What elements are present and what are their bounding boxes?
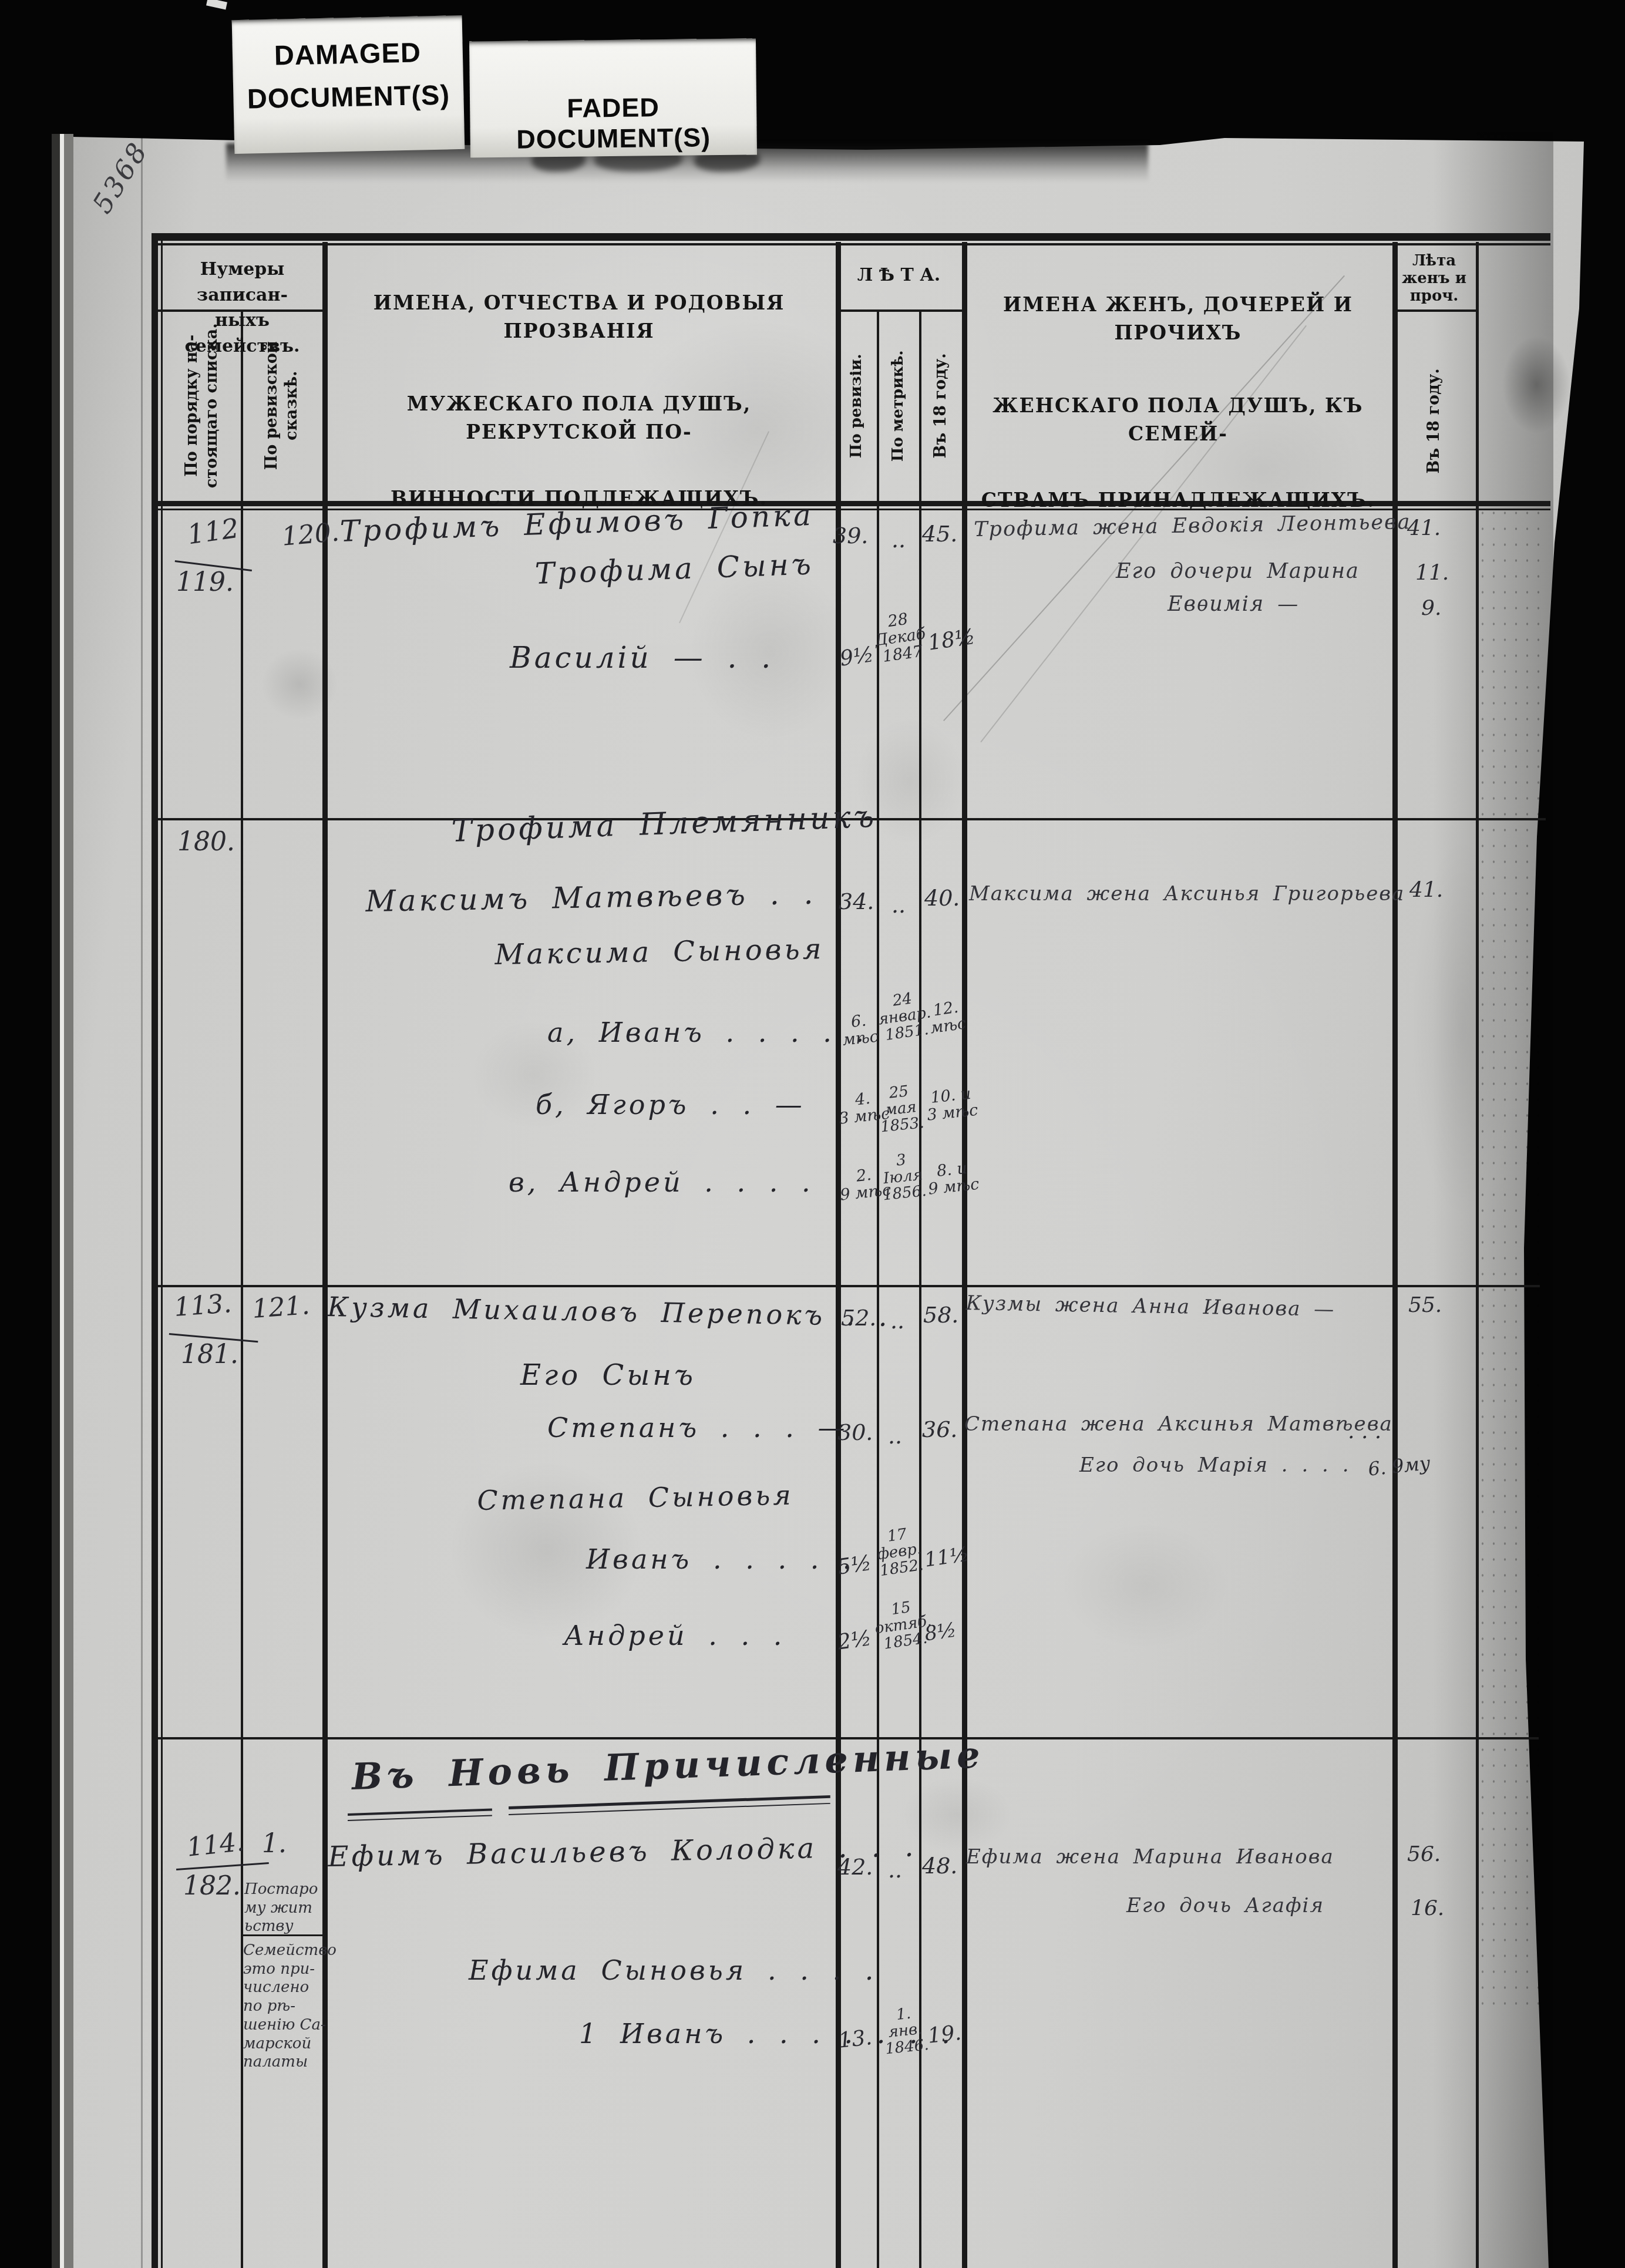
header-line: По ревизской [262, 342, 282, 470]
header-line: женъ и [1392, 270, 1476, 288]
row2-sons-label: Максима Сыновья [494, 935, 825, 969]
row2-male: Максимъ Матвѣевъ . . [365, 879, 816, 916]
row4-age-18: 48. [922, 1855, 957, 1877]
row3-grandson2-age-18: 8½ [923, 1620, 958, 1644]
row2-wife: Максима жена Аксинья Григорьева [969, 884, 1405, 904]
column-header-by-revision: По ревизіи. [836, 309, 877, 502]
binding-strip [64, 134, 73, 2268]
row3-wife: Кузмы жена Анна Иванова — [965, 1293, 1335, 1320]
row4-age-revision: 42. [837, 1856, 873, 1878]
row3-son-wife: Степана жена Аксинья Матвѣева [964, 1414, 1393, 1434]
grid-vline [919, 309, 921, 2268]
paper-stain [1028, 1498, 1263, 1674]
scanned-revision-list-page: Нумеры записан- ныхъ семействъ. По поряд… [0, 0, 1625, 2268]
faded-label-line: FADED DOCUMENT(S) [470, 91, 757, 155]
row1-num-revision: 120. [281, 519, 340, 550]
row2-son-v: в, Андрей . . . . [509, 1169, 813, 1196]
row1-age-metric-dots: .. [891, 529, 906, 551]
row4-age-metric-dots: .. [888, 1859, 902, 1881]
grid-vline [877, 309, 879, 2268]
row3-grandson1: Иванъ . . . . . [586, 1546, 854, 1573]
header-line: Нумеры записан- [162, 257, 322, 308]
header-line: сказкѣ. [282, 342, 302, 470]
grid-hline [152, 243, 1550, 245]
row2-wife-age: 41. [1409, 880, 1443, 901]
top-edge-mark [206, 0, 227, 9]
row3-son-wife-age: . . . [1348, 1421, 1381, 1442]
row2-age-metric-dots: .. [891, 894, 906, 916]
row1-age-18: 45. [922, 523, 957, 545]
header-line: Лѣта [1392, 253, 1476, 270]
row4-wife-age: 56. [1407, 1844, 1441, 1865]
row3-grandsons-label: Степана Сыновья [477, 1482, 794, 1514]
row4-son-age-revision: 13. [837, 2027, 873, 2052]
column-header-wives-in-year-18: Въ 18 году. [1392, 309, 1476, 533]
grid-vline [1476, 242, 1479, 2268]
header-line: проч. [1392, 288, 1476, 305]
row2-son-b-age-18: 10. и3 мѣс [924, 1085, 979, 1124]
faded-document-label: FADED DOCUMENT(S) [469, 38, 757, 157]
row1-num-current: 112 [186, 514, 240, 549]
row1-wife-age: 41. [1407, 518, 1441, 539]
row4-daughter-age: 16. [1411, 1898, 1444, 1919]
row1-daughter1: Его дочери Марина [1116, 561, 1360, 582]
row1-son: Василій — . . [510, 643, 773, 672]
row4-son-age-18: 19. [927, 2023, 963, 2047]
row3-age-18: 58. [923, 1304, 958, 1326]
grid-hline [152, 233, 1550, 241]
row2-son-a: а, Иванъ . . . . . [547, 1019, 867, 1046]
row4-wife: Ефима жена Марина Иванова [966, 1847, 1334, 1867]
column-header-in-year-18: Въ 18 году. [919, 309, 962, 502]
damaged-label-line2: DOCUMENT(S) [233, 73, 464, 121]
row4-daughter: Его дочь Агафія [1126, 1896, 1324, 1916]
row3-son: Степанъ . . . — [547, 1414, 847, 1441]
row1-num-current-alt: 119. [176, 570, 234, 595]
grid-vline [1392, 242, 1398, 2268]
column-header-male-names: ИМЕНА, ОТЧЕСТВА И РОДОВЫЯ ПРОЗВАНІЯ МУЖЕ… [322, 289, 836, 513]
row3-age-revision: 52. [841, 1307, 876, 1329]
edge-speckles [1477, 505, 1546, 2008]
row3-wife-age: 55. [1408, 1295, 1442, 1316]
row4-num-current: 114. [186, 1829, 245, 1861]
column-header-revision-tale: По ревизской сказкѣ. [241, 311, 322, 500]
header-years-group: Л Ѣ Т А. [836, 263, 962, 288]
row4-sons-label: Ефима Сыновья . . . . [469, 1957, 876, 1984]
row4-margin-note-1: Постарому житьству [244, 1880, 318, 1936]
row1-son-metric-date: 28Декаб1847 [872, 608, 929, 667]
grid-hline [152, 1285, 1540, 1287]
row2-son-v-metric-date: 3Іюля1856. [879, 1150, 927, 1204]
header-line: ИМЕНА ЖЕНЪ, ДОЧЕРЕЙ И ПРОЧИХЪ [964, 291, 1392, 347]
row3-num-current: 113. [173, 1291, 233, 1321]
row4-num-revision: 1. [262, 1831, 287, 1857]
header-wives-years-group: Лѣта женъ и проч. [1392, 253, 1476, 305]
binding-strip [60, 134, 64, 2268]
row2-age-revision: 34. [839, 890, 874, 913]
grid-vline [161, 233, 163, 2268]
row1-age-revision: 39. [833, 524, 868, 547]
row3-son-age-revision: 30. [837, 1421, 873, 1443]
row2-son-b-metric-date: 25мая1853. [876, 1082, 925, 1136]
row2-son-a-metric-date: 24январ.1851. [875, 988, 934, 1044]
header-line: стоящаго списка. [201, 324, 221, 489]
row2-son-a-age-18: 12.мѣс [927, 998, 967, 1037]
row2-age-18: 40. [924, 887, 960, 909]
row3-age-metric-dots: .. [890, 1310, 904, 1332]
paper-stain [247, 634, 352, 734]
grid-vline [962, 242, 967, 2268]
row3-grandson1-age-18: 11½ [923, 1544, 970, 1570]
row3-grandson1-age-revision: 5½ [836, 1553, 873, 1579]
row1-daughter1-age: 11. [1415, 563, 1449, 584]
row3-granddaughter: Его дочь Марія . . . . [1079, 1455, 1350, 1475]
row2-num: 180. [177, 829, 235, 855]
damaged-document-label: DAMAGED DOCUMENT(S) [232, 15, 465, 154]
column-header-by-metric: По метрикѣ. [877, 309, 919, 502]
row2-son-a-age-revision: 6.мѣс [840, 1011, 879, 1049]
row2-son-b: б, Ягоръ . . — [536, 1091, 805, 1118]
column-header-order-number: По порядку на- стоящаго списка. [162, 311, 241, 500]
header-line: ЖЕНСКАГО ПОЛА ДУШЪ, КЪ СЕМЕЙ- [964, 392, 1392, 448]
row4-margin-note-2: Семействоэто при-численопо рѣ-шенію Са-м… [243, 1941, 337, 2072]
header-line: СТВАМЪ ПРИНАДЛЕЖАЩИХЪ. [964, 486, 1392, 514]
column-header-female-names: ИМЕНА ЖЕНЪ, ДОЧЕРЕЙ И ПРОЧИХЪ ЖЕНСКАГО П… [964, 291, 1392, 514]
header-line: МУЖЕСКАГО ПОЛА ДУШЪ, РЕКРУТСКОЙ ПО- [322, 390, 836, 446]
row3-son-age-metric-dots: .. [888, 1425, 902, 1447]
row4-son-metric-date: 1.янв.1846. [881, 2004, 930, 2058]
row4-num-current-alt: 182. [183, 1873, 241, 1899]
row1-son-age-revision: 9½ [839, 644, 875, 670]
row3-son-age-18: 36. [922, 1418, 957, 1441]
grid-vline [152, 233, 158, 2268]
row1-daughter2: Евѳимія — [1168, 594, 1299, 615]
page-crease [141, 138, 143, 2268]
row3-granddaughter-age: 6. 9му [1367, 1453, 1431, 1479]
header-line: ИМЕНА, ОТЧЕСТВА И РОДОВЫЯ ПРОЗВАНІЯ [322, 289, 836, 345]
row3-grandson2-age-revision: 2½ [836, 1628, 873, 1654]
row3-grandson2: Андрей . . . [564, 1622, 785, 1649]
binding-strip [52, 134, 60, 2268]
damaged-label-line1: DAMAGED [232, 31, 463, 78]
row3-grandson1-metric-date: 17февр.1852. [874, 1524, 925, 1579]
row3-son-label: Его Сынъ [520, 1361, 696, 1389]
row2-son-v-age-18: 8. и9 мѣс [926, 1159, 980, 1198]
row3-num-current-alt: 181. [181, 1342, 238, 1368]
row1-daughter2-age: 9. [1421, 598, 1441, 619]
header-line: По порядку на- [181, 324, 201, 489]
row3-num-revision: 121. [251, 1293, 311, 1323]
